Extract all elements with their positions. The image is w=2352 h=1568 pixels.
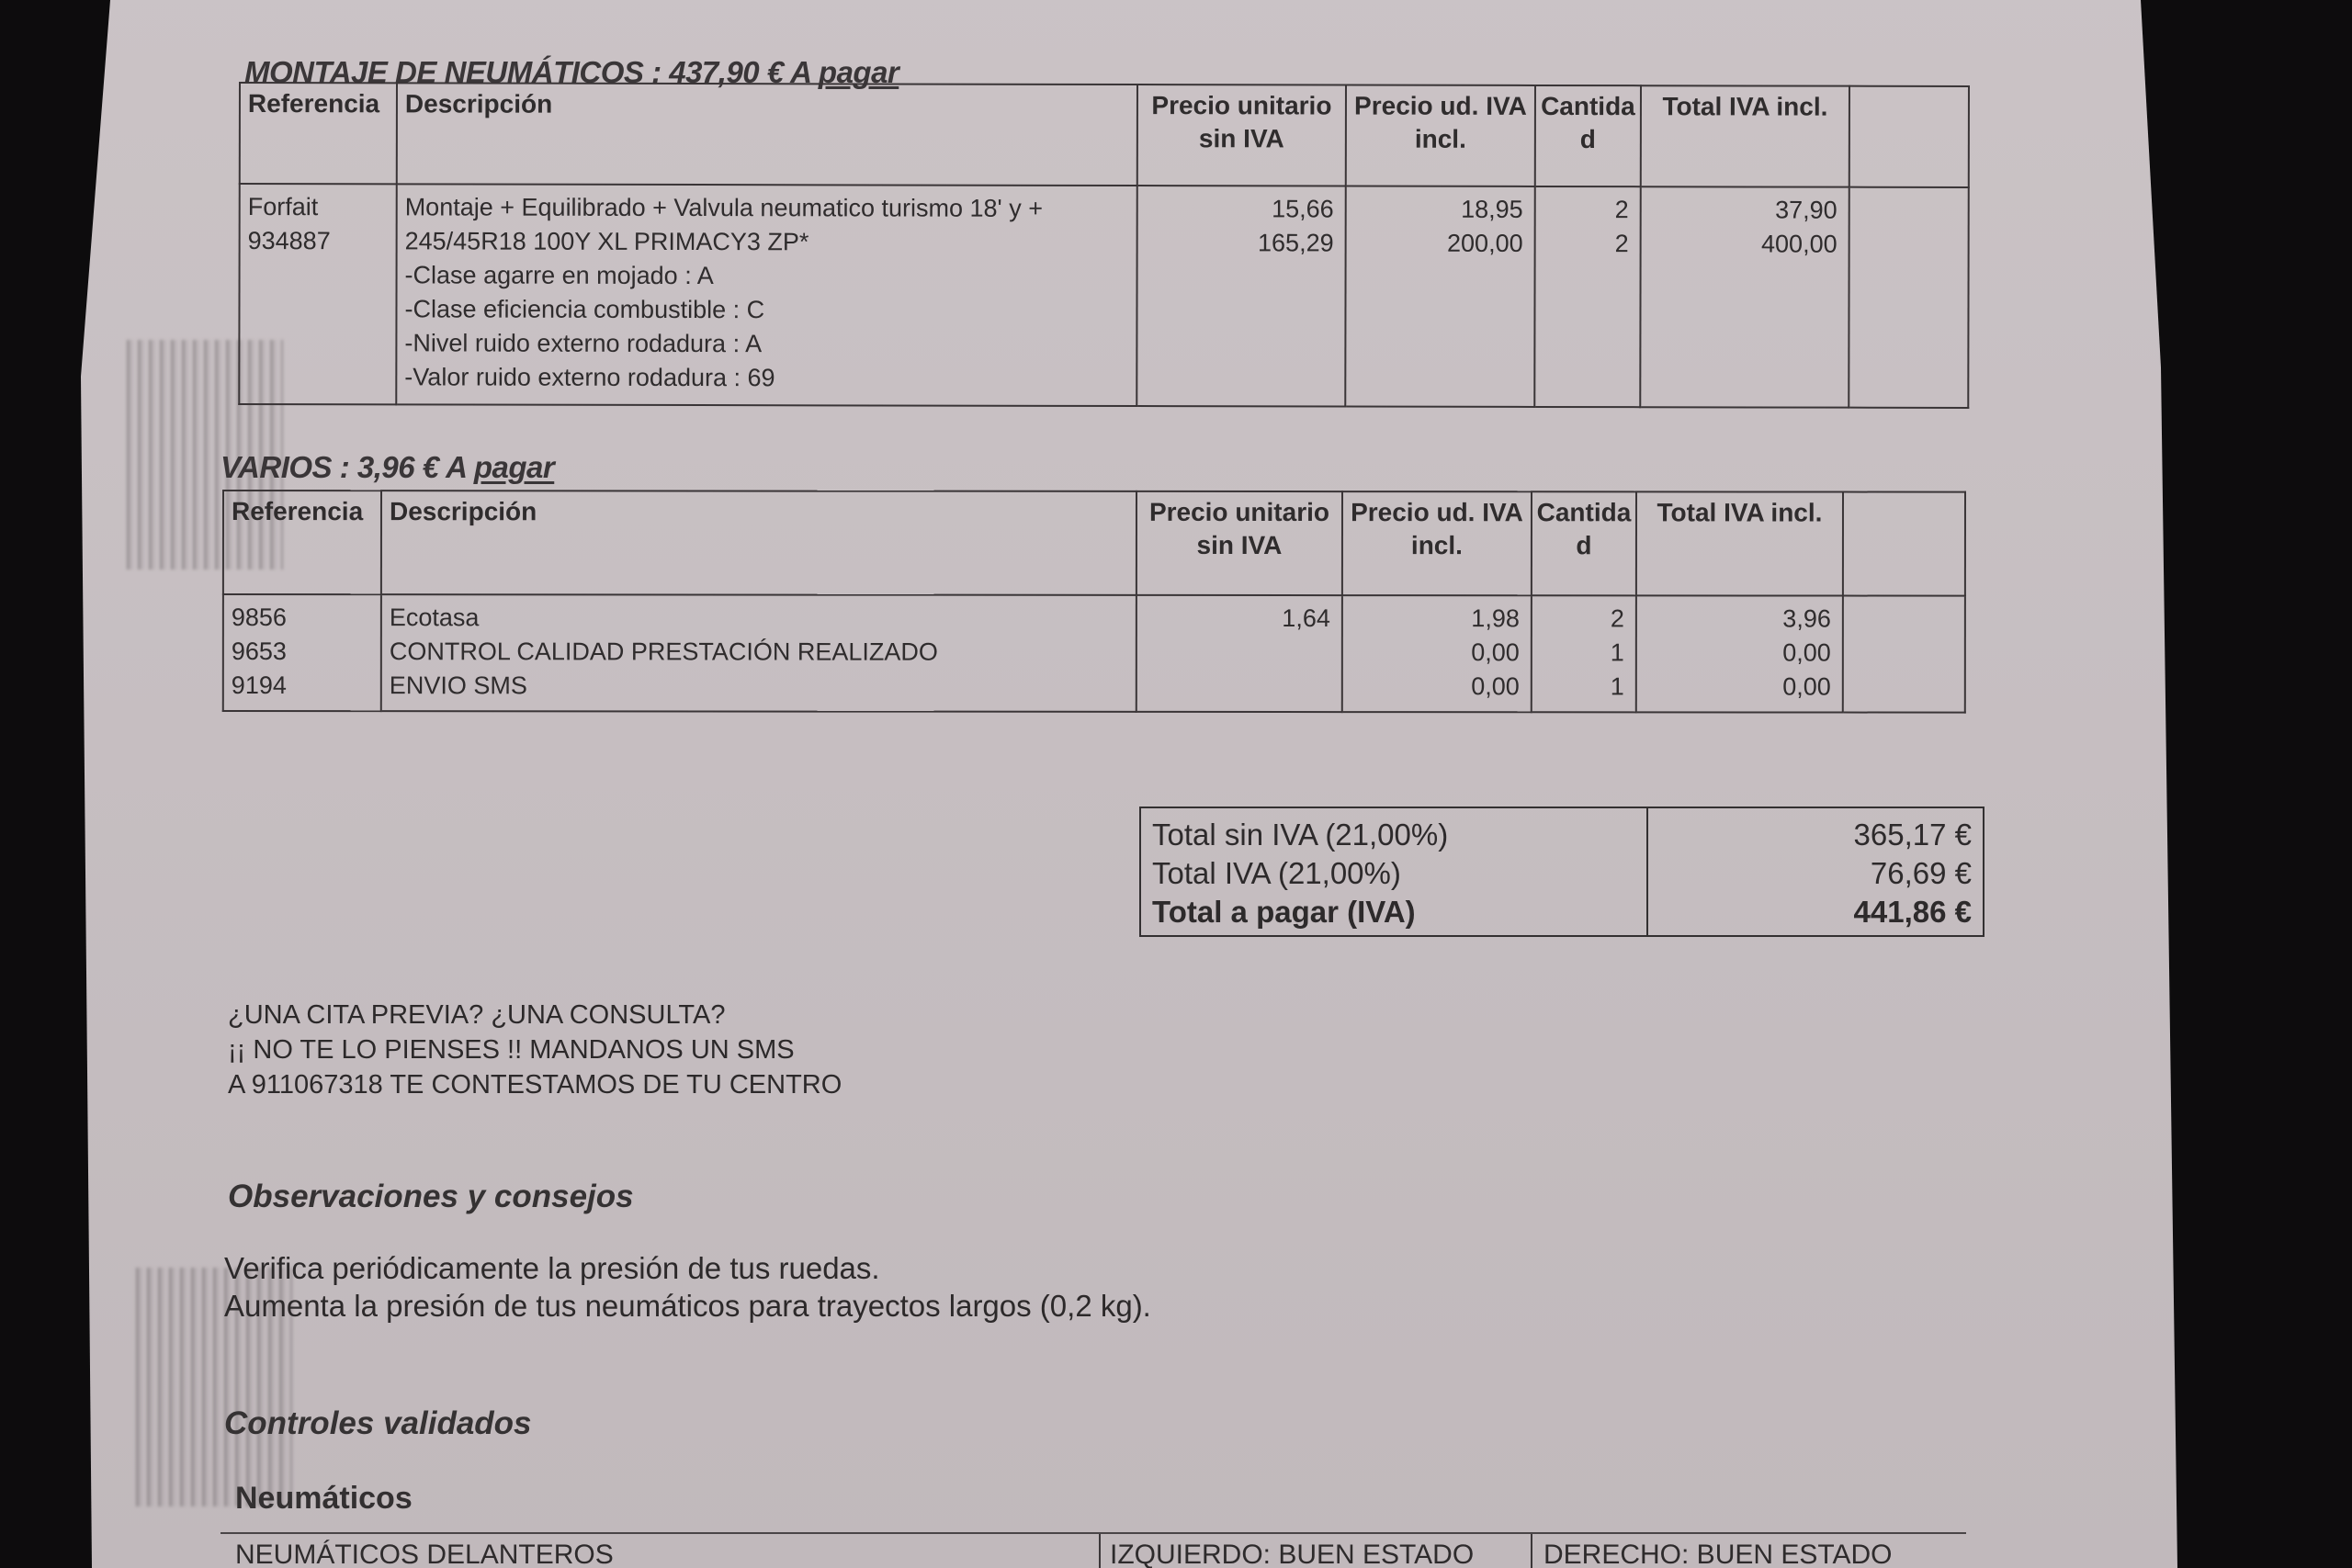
cell-total: 3,960,000,00 xyxy=(1636,595,1843,712)
header-total: Total IVA incl. xyxy=(1641,85,1849,186)
varios-title-pagar: pagar xyxy=(474,450,554,484)
cell-line: 15,66 xyxy=(1138,192,1334,226)
cell-line: 9194 xyxy=(232,669,380,703)
cell-line: Ecotasa xyxy=(390,601,1136,636)
total-iva-value: 76,69 € xyxy=(1648,854,1972,893)
header-referencia: Referencia xyxy=(223,491,381,594)
cell-empty xyxy=(1843,596,1965,713)
cell-precio-iva: 18,95200,00 xyxy=(1345,186,1535,407)
header-precio-iva: Precio ud. IVAincl. xyxy=(1342,491,1532,595)
header-empty xyxy=(1849,86,1969,187)
header-referencia: Referencia xyxy=(240,83,397,184)
cell-descripcion: Montaje + Equilibrado + Valvula neumatic… xyxy=(396,184,1137,406)
cell-line: Forfait xyxy=(248,190,396,224)
invoice-paper: MONTAJE DE NEUMÁTICOS : 437,90 € A pagar… xyxy=(0,0,2352,1568)
izquierdo-status: IZQUIERDO: BUEN ESTADO xyxy=(1110,1540,1474,1568)
table-row: Forfait934887 Montaje + Equilibrado + Va… xyxy=(239,184,1968,408)
cell-line: 37,90 xyxy=(1642,193,1837,227)
varios-section-title: VARIOS : 3,96 € A pagar xyxy=(220,450,554,485)
varios-table: Referencia Descripción Precio unitariosi… xyxy=(222,490,1966,714)
table-row: 985696539194 EcotasaCONTROL CALIDAD PRES… xyxy=(223,594,1965,713)
cell-descripcion: EcotasaCONTROL CALIDAD PRESTACIÓN REALIZ… xyxy=(381,594,1136,712)
header-precio-sin-iva: Precio unitariosin IVA xyxy=(1137,85,1346,186)
cell-line: 18,95 xyxy=(1347,193,1523,227)
cell-line: 0,00 xyxy=(1637,670,1831,704)
cell-referencia: 985696539194 xyxy=(223,594,381,711)
observacion-line: Verifica periódicamente la presión de tu… xyxy=(224,1249,1151,1287)
sms-promo: ¿UNA CITA PREVIA? ¿UNA CONSULTA? ¡¡ NO T… xyxy=(228,998,842,1102)
observacion-line: Aumenta la presión de tus neumáticos par… xyxy=(224,1287,1151,1325)
cell-line: 2 xyxy=(1536,227,1629,261)
promo-line: ¡¡ NO TE LO PIENSES !! MANDANOS UN SMS xyxy=(228,1032,842,1067)
table-header-row: Referencia Descripción Precio unitariosi… xyxy=(240,83,1969,187)
cell-line: 9856 xyxy=(232,601,380,635)
cell-line: 1 xyxy=(1532,670,1624,704)
observaciones-title: Observaciones y consejos xyxy=(228,1179,634,1215)
cell-line: -Clase eficiencia combustible : C xyxy=(404,292,1136,328)
cell-line: 9653 xyxy=(232,635,380,669)
cell-line: 1,64 xyxy=(1137,602,1330,636)
cell-precio-sin-iva: 1,64 xyxy=(1136,595,1342,712)
cell-line: 200,00 xyxy=(1347,227,1523,261)
cell-precio-iva: 1,980,000,00 xyxy=(1342,595,1532,712)
cell-line xyxy=(1137,636,1330,670)
divider xyxy=(1099,1534,1101,1568)
row-label: NEUMÁTICOS DELANTEROS xyxy=(235,1540,614,1568)
neumaticos-title: Neumáticos xyxy=(235,1481,413,1517)
montaje-table: Referencia Descripción Precio unitariosi… xyxy=(238,82,1970,409)
promo-line: A 911067318 TE CONTESTAMOS DE TU CENTRO xyxy=(228,1067,842,1102)
divider xyxy=(1531,1534,1532,1568)
cell-line: 165,29 xyxy=(1138,226,1334,260)
cell-referencia: Forfait934887 xyxy=(239,184,397,404)
header-total: Total IVA incl. xyxy=(1636,491,1843,595)
total-sin-iva-value: 365,17 € xyxy=(1648,816,1972,854)
cell-cantidad: 211 xyxy=(1532,595,1636,712)
varios-title-text: VARIOS : 3,96 € A xyxy=(220,450,474,484)
cell-line: ENVIO SMS xyxy=(390,669,1136,704)
cell-precio-sin-iva: 15,66165,29 xyxy=(1136,186,1346,406)
cell-cantidad: 22 xyxy=(1534,186,1641,407)
cell-empty xyxy=(1849,187,1969,408)
cell-line: Montaje + Equilibrado + Valvula neumatic… xyxy=(405,190,1136,226)
cell-line: 245/45R18 100Y XL PRIMACY3 ZP* xyxy=(405,224,1136,260)
header-precio-iva: Precio ud. IVAincl. xyxy=(1346,85,1535,186)
cell-line: 2 xyxy=(1532,602,1624,636)
cell-total: 37,90400,00 xyxy=(1640,186,1849,407)
observaciones-list: Verifica periódicamente la presión de tu… xyxy=(224,1249,1151,1325)
cell-line: -Clase agarre en mojado : A xyxy=(405,258,1136,294)
header-precio-sin-iva: Precio unitariosin IVA xyxy=(1136,491,1342,595)
header-descripcion: Descripción xyxy=(381,491,1136,595)
cell-line: 1,98 xyxy=(1343,602,1520,636)
cell-line: 3,96 xyxy=(1637,602,1831,636)
promo-line: ¿UNA CITA PREVIA? ¿UNA CONSULTA? xyxy=(228,998,842,1032)
derecho-status: DERECHO: BUEN ESTADO xyxy=(1543,1540,1893,1568)
cell-line: 0,00 xyxy=(1637,636,1831,670)
header-descripcion: Descripción xyxy=(397,83,1137,186)
total-pagar-label: Total a pagar (IVA) xyxy=(1152,893,1646,931)
cell-line: -Nivel ruido externo rodadura : A xyxy=(404,326,1136,362)
header-empty xyxy=(1843,492,1965,596)
total-sin-iva-label: Total sin IVA (21,00%) xyxy=(1152,816,1646,854)
cell-line xyxy=(1137,670,1330,704)
totals-labels: Total sin IVA (21,00%) Total IVA (21,00%… xyxy=(1140,807,1647,936)
controles-title: Controles validados xyxy=(224,1405,532,1442)
cell-line: 1 xyxy=(1532,636,1624,670)
cell-line: 400,00 xyxy=(1642,227,1837,261)
cell-line: 0,00 xyxy=(1343,636,1520,670)
table-header-row: Referencia Descripción Precio unitariosi… xyxy=(223,491,1965,596)
neumaticos-delanteros-row: NEUMÁTICOS DELANTEROS IZQUIERDO: BUEN ES… xyxy=(220,1532,1966,1568)
cell-line: CONTROL CALIDAD PRESTACIÓN REALIZADO xyxy=(390,635,1136,670)
header-cantidad: Cantidad xyxy=(1532,491,1636,595)
total-pagar-value: 441,86 € xyxy=(1648,893,1972,931)
cell-line: 934887 xyxy=(248,224,396,258)
totals-values: 365,17 € 76,69 € 441,86 € xyxy=(1647,807,1984,936)
cell-line: 0,00 xyxy=(1343,670,1520,704)
cell-line: -Valor ruido externo rodadura : 69 xyxy=(404,360,1136,396)
header-cantidad: Cantidad xyxy=(1535,85,1641,186)
cell-line: 2 xyxy=(1536,193,1629,227)
total-iva-label: Total IVA (21,00%) xyxy=(1152,854,1646,893)
totals-table: Total sin IVA (21,00%) Total IVA (21,00%… xyxy=(1139,807,1984,937)
